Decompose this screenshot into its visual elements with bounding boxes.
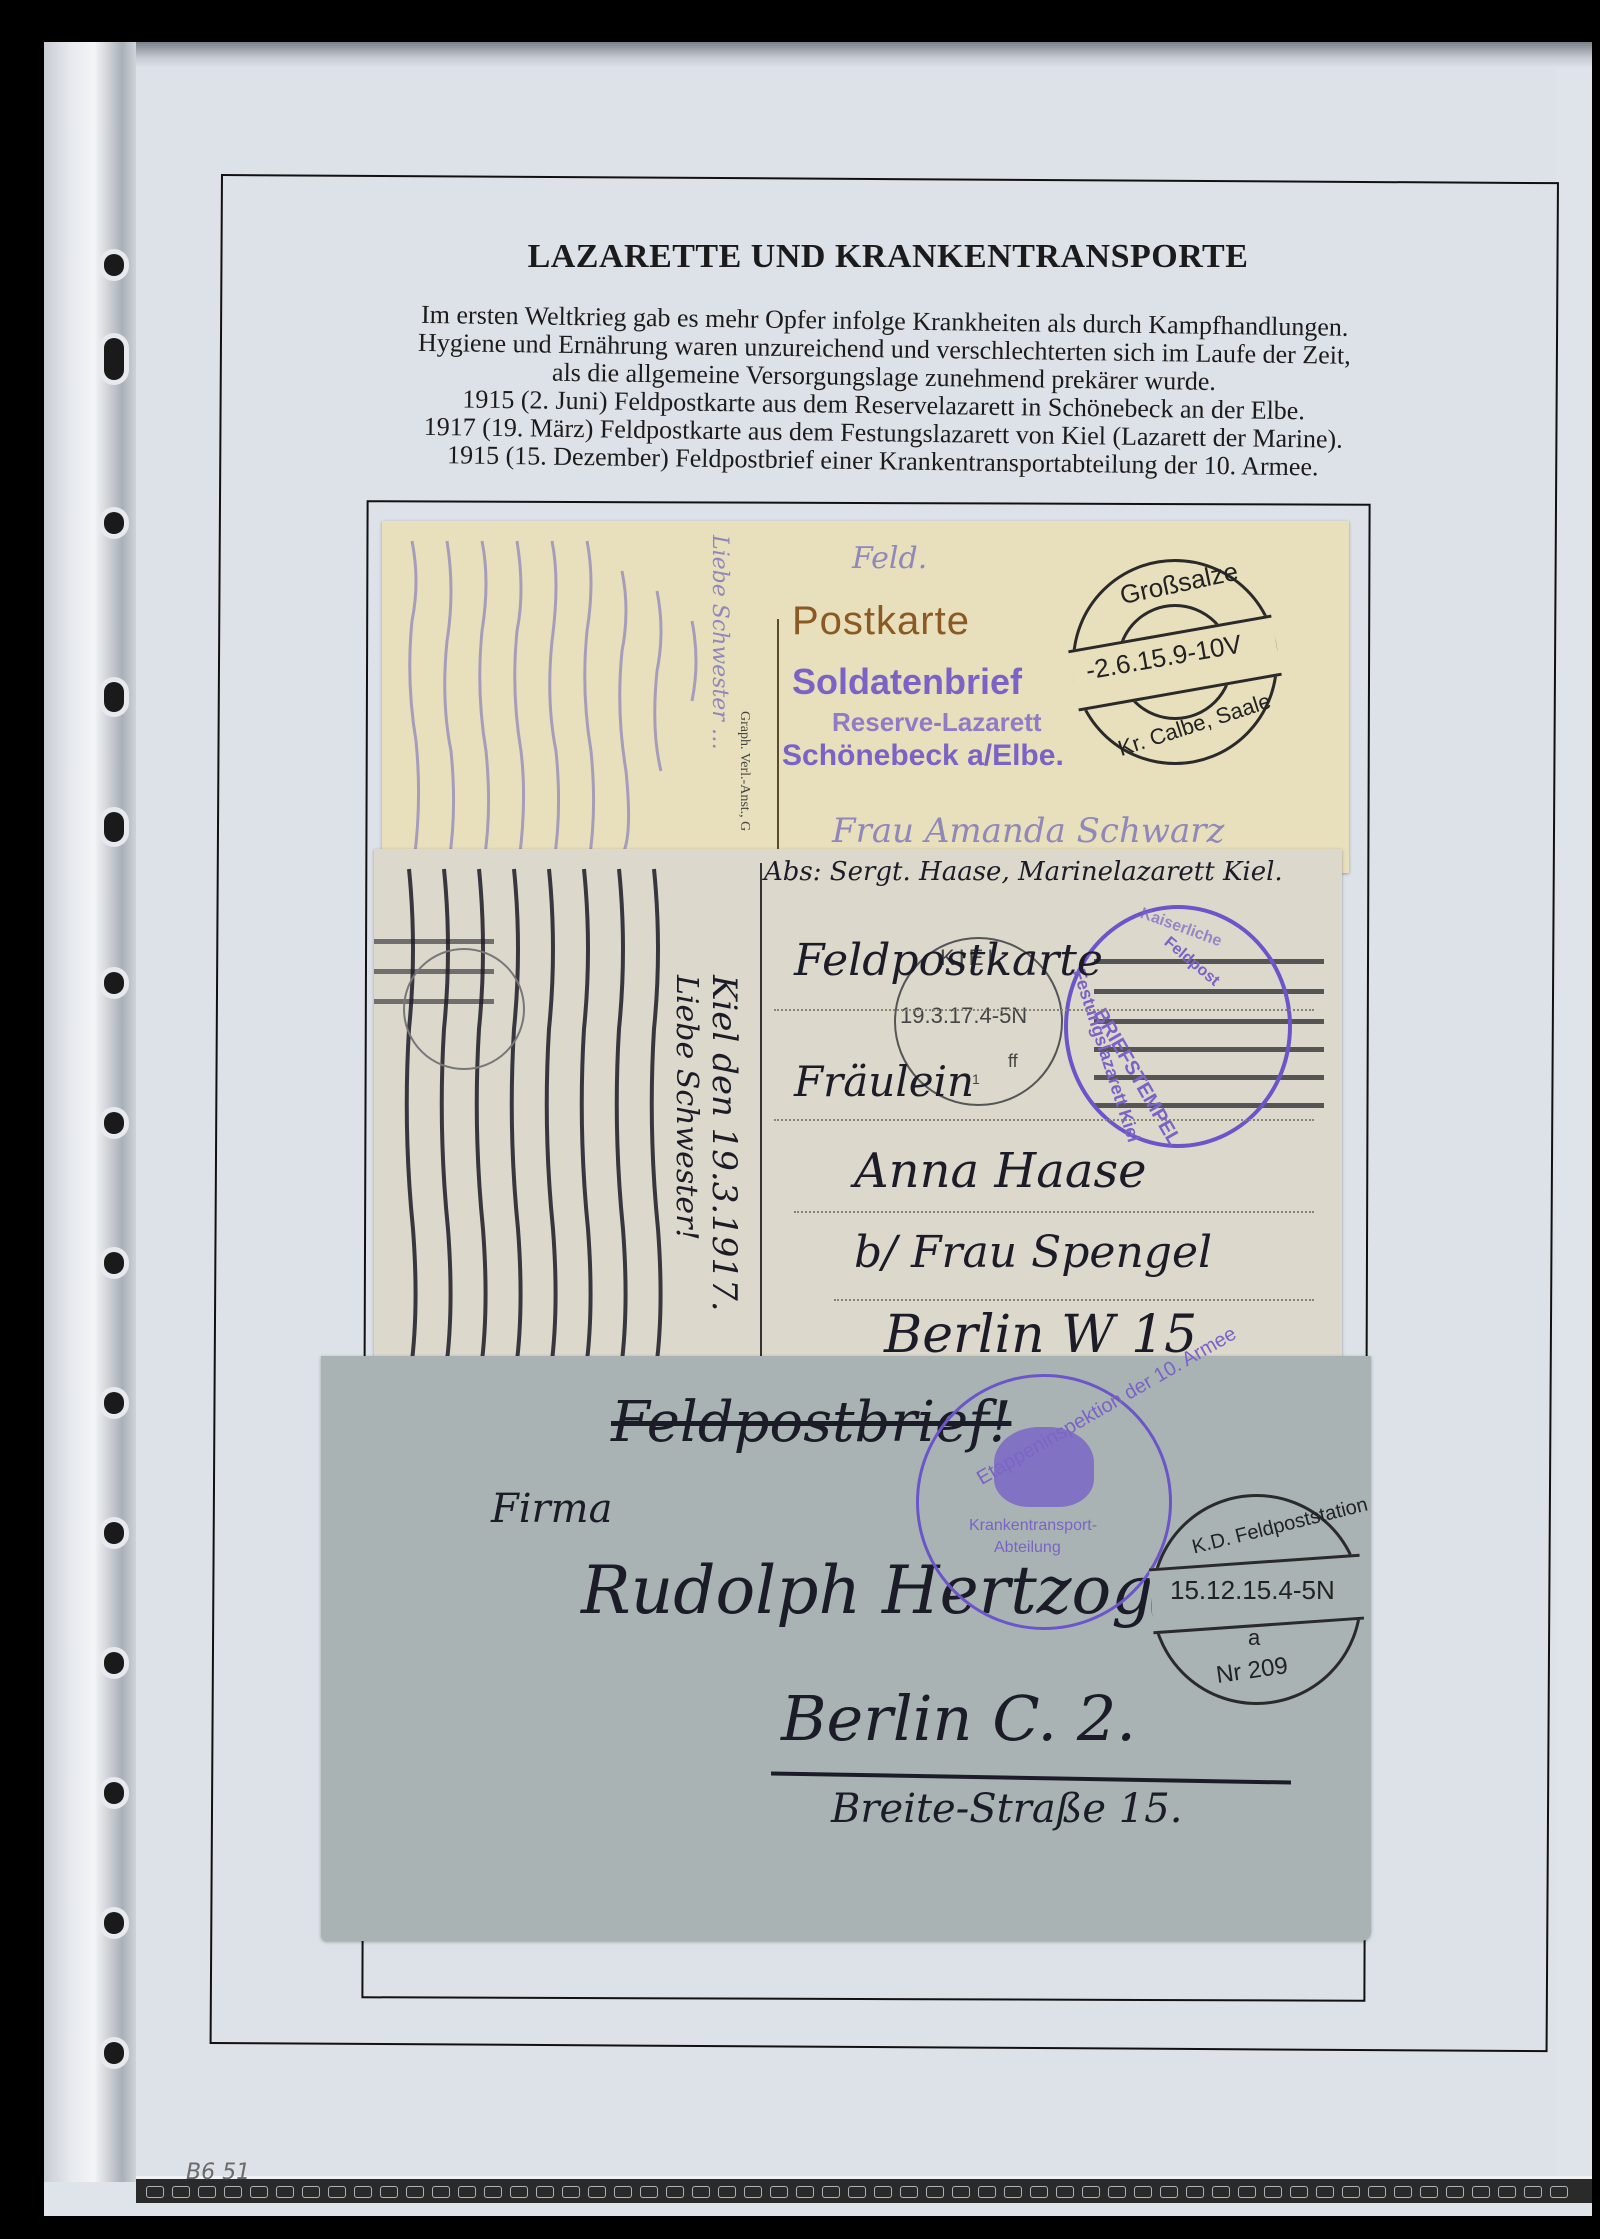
sleeve-perforation <box>1030 2186 1048 2198</box>
sleeve-perforation <box>458 2186 476 2198</box>
sleeve-perforation <box>692 2186 710 2198</box>
punch-hole-icon <box>104 1392 124 1414</box>
punch-hole-icon <box>104 338 124 380</box>
recipient-line: Breite-Straße 15. <box>831 1786 1182 1832</box>
sleeve-bottom-seam <box>136 2176 1592 2203</box>
sleeve-perforation <box>952 2186 970 2198</box>
seal-center-text: Krankentransport- <box>969 1517 1097 1535</box>
eagle-icon <box>994 1427 1094 1507</box>
sleeve-perforation <box>1160 2186 1178 2198</box>
punch-hole-icon <box>104 1522 124 1544</box>
publisher-imprint: Graph. Verl.-Anst., G <box>736 711 752 831</box>
sleeve-perforation <box>1472 2186 1490 2198</box>
sleeve-perforation <box>588 2186 606 2198</box>
sleeve-perforation <box>380 2186 398 2198</box>
sleeve-perforation <box>640 2186 658 2198</box>
punch-hole-icon <box>104 254 124 276</box>
sleeve-perforation <box>1238 2186 1256 2198</box>
recipient-handwriting: Frau Amanda Schwarz <box>832 811 1224 851</box>
divider-line <box>777 619 779 873</box>
postmark-grosssalze: Großsalze -2.6.15.9-10V Kr. Calbe, Saale <box>1072 559 1278 765</box>
envelope-feldpostbrief[interactable]: Feldpostbrief! Firma Rudolph Hertzog Ber… <box>321 1356 1371 1941</box>
page-description: Im ersten Weltkrieg gab es mehr Opfer in… <box>358 300 1410 483</box>
address-line <box>774 1009 1314 1011</box>
sleeve-perforation <box>1108 2186 1126 2198</box>
address-line <box>794 1211 1314 1213</box>
sleeve-perforation <box>146 2186 164 2198</box>
punch-hole-icon <box>104 1912 124 1934</box>
sleeve-perforation <box>1316 2186 1334 2198</box>
stamp-soldatenbrief: Soldatenbrief <box>792 661 1022 703</box>
sleeve-perforation <box>1082 2186 1100 2198</box>
sleeve-perforation <box>1004 2186 1022 2198</box>
postmark-letter: a <box>1248 1625 1260 1651</box>
sleeve-perforation <box>354 2186 372 2198</box>
handwritten-message-lines <box>392 531 712 871</box>
punch-hole-icon <box>104 512 124 534</box>
sleeve-perforation <box>822 2186 840 2198</box>
sleeve-perforation <box>900 2186 918 2198</box>
punch-hole-icon <box>104 1782 124 1804</box>
sleeve-perforation <box>978 2186 996 2198</box>
sleeve-perforation <box>562 2186 580 2198</box>
address-line <box>834 1299 1314 1301</box>
handwritten-feld: Feld. <box>852 541 927 576</box>
sleeve-perforation <box>1342 2186 1360 2198</box>
recipient-line: b/ Frau Spengel <box>854 1227 1212 1278</box>
sleeve-perforation <box>1134 2186 1152 2198</box>
sleeve-perforation <box>328 2186 346 2198</box>
seal-krankentransport-abteilung: Etappeninspektion der 10. Armee Krankent… <box>916 1374 1172 1630</box>
sleeve-perforation <box>250 2186 268 2198</box>
sleeve-perforation <box>1420 2186 1438 2198</box>
binder-strip <box>44 42 136 2182</box>
punch-hole-icon <box>104 1252 124 1274</box>
sleeve-perforation <box>848 2186 866 2198</box>
sleeve-perforation <box>744 2186 762 2198</box>
postmark-number: Nr 209 <box>1214 1652 1289 1690</box>
address-line <box>774 1119 1314 1121</box>
sleeve-perforation <box>614 2186 632 2198</box>
feldpostkarte-heading: Feldpostkarte <box>794 935 1103 986</box>
message-greeting: Liebe Schwester! <box>669 975 704 1240</box>
message-date: Kiel den 19.3.1917. <box>704 975 744 1312</box>
postcard-schoenebeck[interactable]: Feld. Postkarte Soldatenbrief Reserve-La… <box>382 521 1349 873</box>
sender-line: Abs: Sergt. Haase, Marinelazarett Kiel. <box>764 857 1283 887</box>
sleeve-perforation <box>874 2186 892 2198</box>
sleeve-perforation <box>1290 2186 1308 2198</box>
recipient-line: Fräulein <box>794 1057 974 1106</box>
sleeve-perforation <box>1212 2186 1230 2198</box>
sleeve-perforation <box>406 2186 424 2198</box>
sleeve-perforation <box>1186 2186 1204 2198</box>
sleeve-perforation <box>1446 2186 1464 2198</box>
postmark-town: Großsalze <box>1117 556 1241 611</box>
postmark-station: K.D. Feldpoststation <box>1190 1494 1370 1560</box>
sleeve-perforation <box>1368 2186 1386 2198</box>
sleeve-perforation <box>302 2186 320 2198</box>
sleeve-perforation <box>1056 2186 1074 2198</box>
sleeve-perforation <box>770 2186 788 2198</box>
sleeve-perforation <box>224 2186 242 2198</box>
punch-hole-icon <box>104 812 124 842</box>
punch-hole-icon <box>104 972 124 994</box>
handwritten-message-lines <box>394 859 674 1379</box>
sleeve-perforation <box>1498 2186 1516 2198</box>
recipient-line: Anna Haase <box>854 1143 1147 1199</box>
punch-hole-icon <box>104 2042 124 2064</box>
pencil-reference-note: B6 51 <box>186 2160 250 2185</box>
sleeve-perforation <box>1524 2186 1542 2198</box>
printed-postkarte-label: Postkarte <box>792 599 970 644</box>
postcard-kiel[interactable]: Abs: Sergt. Haase, Marinelazarett Kiel. … <box>374 849 1342 1384</box>
sleeve-perforation <box>432 2186 450 2198</box>
divider-line <box>760 863 762 1373</box>
sleeve-perforation <box>198 2186 216 2198</box>
recipient-line: Berlin C. 2. <box>781 1682 1136 1755</box>
sleeve-top-edge <box>44 42 1592 68</box>
punch-hole-icon <box>104 682 124 712</box>
postmark-feldpoststation: K.D. Feldpoststation 15.12.15.4-5N a Nr … <box>1151 1494 1362 1705</box>
sleeve-perforation <box>666 2186 684 2198</box>
sleeve-perforation <box>510 2186 528 2198</box>
punch-hole-icon <box>104 1112 124 1134</box>
stamp-reserve-lazarett: Reserve-Lazarett <box>832 707 1042 738</box>
stamp-schoenebeck: Schönebeck a/Elbe. <box>782 739 1064 773</box>
sleeve-perforation <box>1264 2186 1282 2198</box>
sleeve-perforation <box>926 2186 944 2198</box>
page-title: LAZARETTE UND KRANKENTRANSPORTE <box>221 238 1555 276</box>
sleeve-perforation <box>536 2186 554 2198</box>
sleeve-perforation <box>276 2186 294 2198</box>
sleeve-perforation <box>796 2186 814 2198</box>
postmark-code: ff <box>1008 1051 1018 1072</box>
sleeve-perforation <box>1394 2186 1412 2198</box>
seal-center-text: Abteilung <box>994 1539 1061 1557</box>
sleeve-perforation <box>484 2186 502 2198</box>
recipient-line: Firma <box>491 1486 612 1532</box>
underline <box>771 1771 1291 1784</box>
postmark-date: 15.12.15.4-5N <box>1170 1575 1335 1606</box>
sleeve-perforation <box>1550 2186 1568 2198</box>
sleeve-perforation <box>172 2186 190 2198</box>
sleeve-perforation <box>718 2186 736 2198</box>
punch-hole-icon <box>104 1652 124 1674</box>
postmark-date: 19.3.17.4-5N <box>900 1003 1027 1029</box>
